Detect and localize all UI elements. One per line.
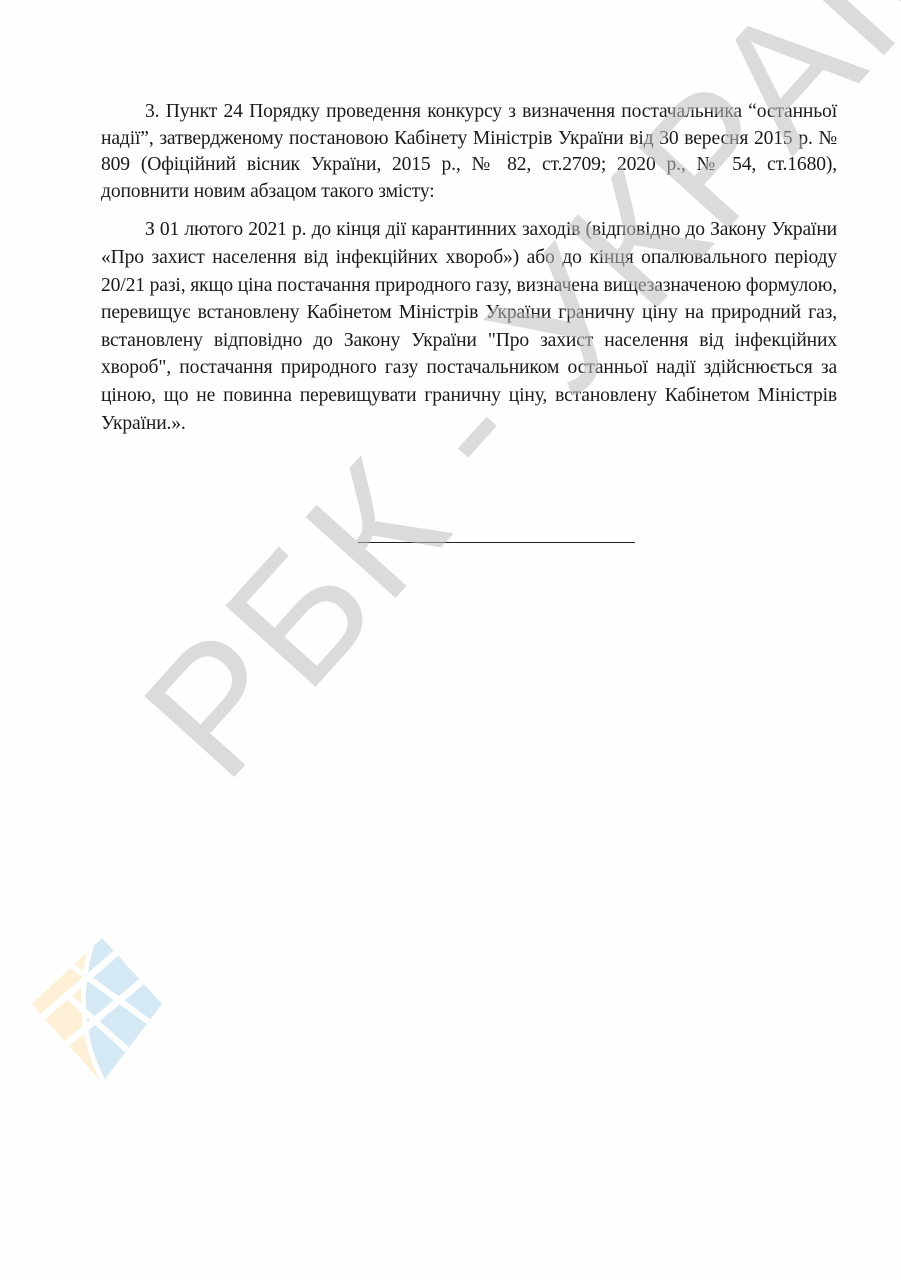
paragraph-new-clause: З 01 лютого 2021 р. до кінця дії каранти… — [101, 216, 837, 437]
end-separator-line — [358, 542, 635, 543]
paragraph-amendment-point-3: 3. Пункт 24 Порядку проведення конкурсу … — [101, 99, 837, 205]
document-body: 3. Пункт 24 Порядку проведення конкурсу … — [101, 99, 837, 437]
rbc-ukraine-logo-icon — [32, 938, 162, 1083]
document-page: 3. Пункт 24 Порядку проведення конкурсу … — [0, 0, 901, 1280]
